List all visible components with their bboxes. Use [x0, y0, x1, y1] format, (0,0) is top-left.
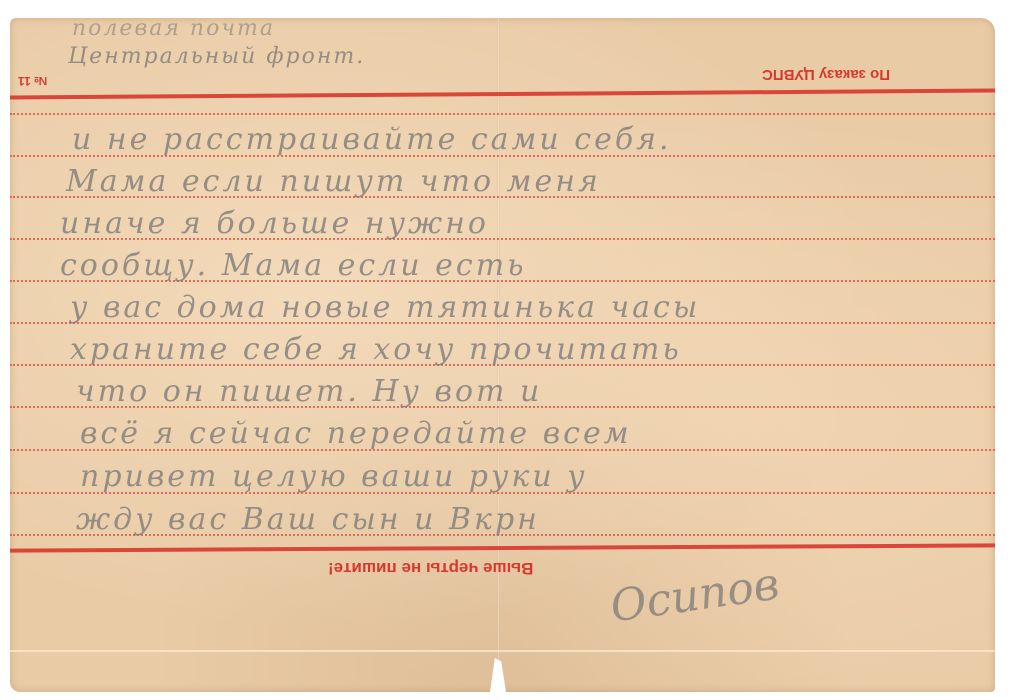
- handwritten-front-name: Центральный фронт.: [68, 44, 365, 69]
- letter-line: жду вас Ваш сын и Вкрн: [76, 502, 540, 537]
- publisher-label: По заказу ЦУВПС: [762, 66, 890, 83]
- signature: Осипов: [607, 558, 782, 632]
- bottom-solid-rule: [10, 543, 995, 552]
- letter-line: у вас дома новые тятинька часы: [70, 290, 700, 325]
- paper-tear: [490, 658, 506, 692]
- horizontal-fold-crease: [10, 650, 995, 652]
- form-number-label: № 11: [18, 74, 47, 88]
- letter-line: привет целую ваши руки у: [80, 459, 588, 494]
- letter-line: Мама если пишут что меня: [66, 164, 601, 199]
- letter-line: и не расстраивайте сами себя.: [72, 122, 672, 157]
- postcard: № 11 По заказу ЦУВПС Выше черты не пишит…: [10, 18, 995, 692]
- top-solid-rule: [10, 89, 995, 100]
- footer-warning-label: Выше черты не пишите!: [328, 558, 533, 578]
- letter-line: что он пишет. Ну вот и: [76, 374, 542, 409]
- dotted-rule: [10, 113, 995, 115]
- letter-line: иначе я больше нужно: [60, 206, 489, 241]
- letter-line: всё я сейчас передайте всем: [80, 416, 632, 451]
- letter-line: сообщу. Мама если есть: [60, 248, 527, 283]
- handwritten-field-post: полевая почта: [72, 16, 275, 41]
- letter-line: храните себе я хочу прочитать: [70, 332, 682, 367]
